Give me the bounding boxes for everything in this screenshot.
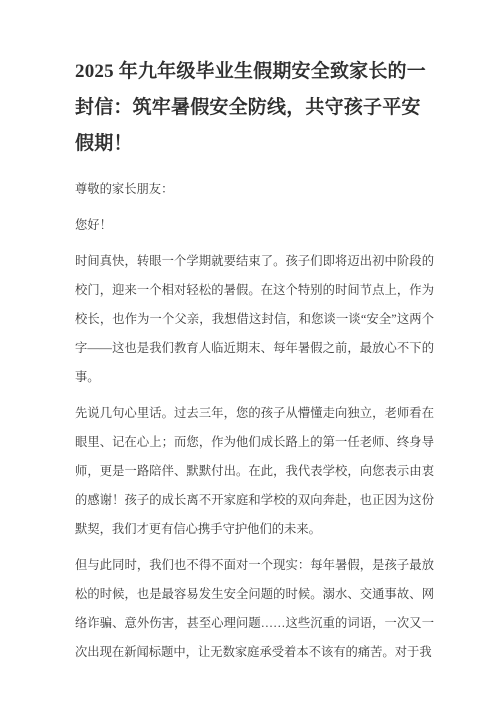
document-title: 2025 年九年级毕业生假期安全致家长的一封信：筑牢暑假安全防线，共守孩子平安假… bbox=[75, 54, 434, 162]
body-paragraph-1: 时间真快，转眼一个学期就要结束了。孩子们即将迈出初中阶段的校门，迎来一个相对轻松… bbox=[75, 247, 434, 392]
document-page: 2025 年九年级毕业生假期安全致家长的一封信：筑牢暑假安全防线，共守孩子平安假… bbox=[0, 0, 500, 707]
salutation-line: 尊敬的家长朋友： bbox=[75, 175, 434, 204]
greeting-line: 您好！ bbox=[75, 211, 434, 240]
body-paragraph-3: 但与此同时，我们也不得不面对一个现实：每年暑假，是孩子最放松的时候，也是最容易发… bbox=[75, 551, 434, 667]
body-paragraph-2: 先说几句心里话。过去三年，您的孩子从懵懂走向独立，老师看在眼里、记在心上；而您，… bbox=[75, 399, 434, 544]
